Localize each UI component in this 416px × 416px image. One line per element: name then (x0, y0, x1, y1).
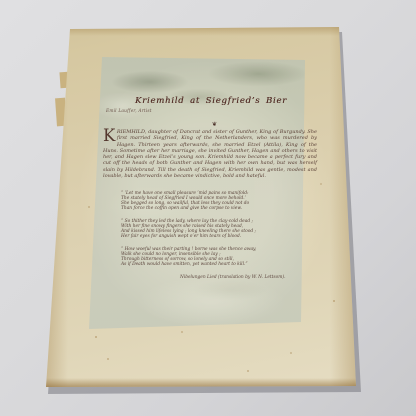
intro-paragraph: KRIEMHILD, daughter of Dancrat and siste… (103, 129, 317, 179)
intro-text: RIEMHILD, daughter of Dancrat and sister… (103, 129, 317, 179)
page-title: Kriemhild at Siegfried’s Bier (100, 96, 322, 106)
verse-stanza: “ How woeful was their parting ! borne w… (121, 247, 256, 267)
verse-line: Than force the coffin open and give the … (121, 206, 256, 211)
book-page: Kriemhild at Siegfried’s Bier Emil Lauff… (0, 0, 416, 416)
verse-quotation: “ ‘Let me have one small pleasure ’mid p… (121, 191, 256, 275)
foxing-spots (0, 0, 2, 2)
verse-line: Her fair eyes for anguish wept o’er him … (121, 234, 256, 239)
source-attribution: Nibelungen Lied (translation by W. N. Le… (180, 275, 285, 280)
photo-background: Kriemhild at Siegfried’s Bier Emil Lauff… (0, 0, 416, 416)
artist-credit: Emil Lauffer, Artist (106, 109, 152, 114)
verse-stanza: “ So thither they led the lady, where la… (121, 219, 256, 239)
verse-line: As if Death would have smitten, yet want… (121, 262, 256, 267)
verse-stanza: “ ‘Let me have one small pleasure ’mid p… (121, 191, 256, 211)
drop-cap: K (103, 129, 117, 143)
fleuron-ornament-icon: ❦ (212, 122, 217, 128)
printed-text-layer: Kriemhild at Siegfried’s Bier Emil Lauff… (0, 0, 416, 416)
